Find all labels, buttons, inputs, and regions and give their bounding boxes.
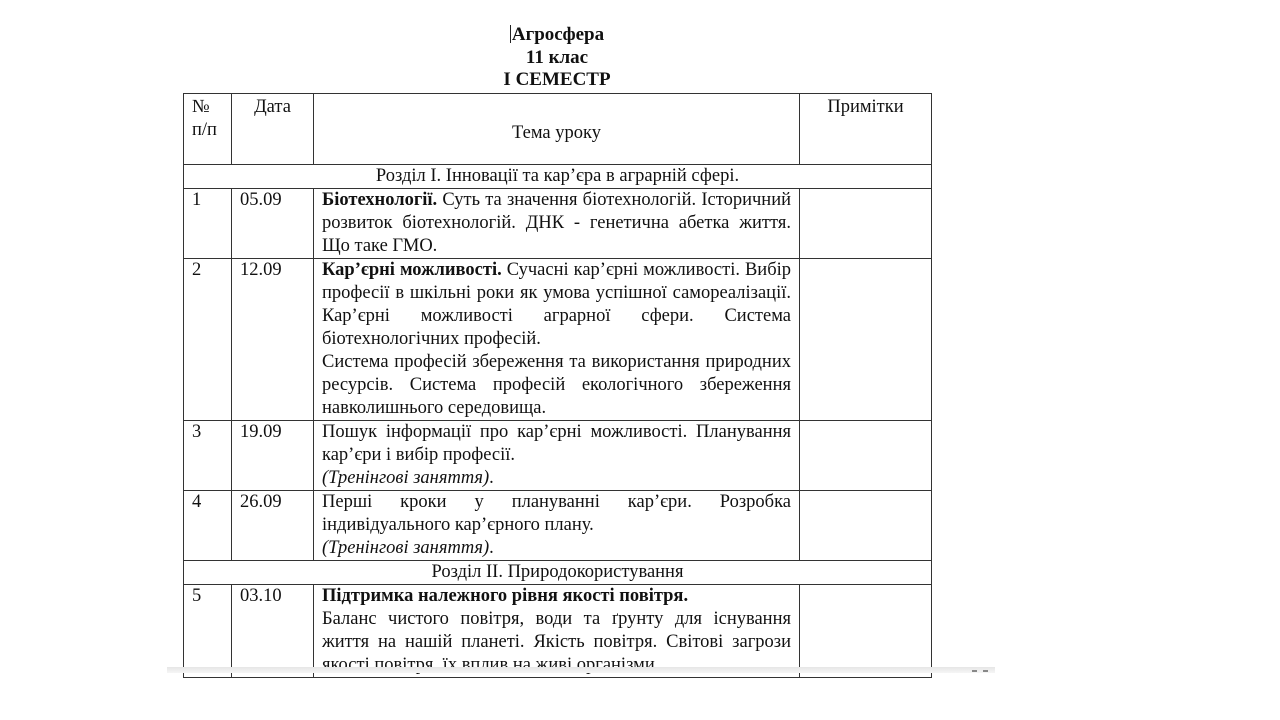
table-row: 319.09Пошук інформації про кар’єрні можл… xyxy=(184,421,932,491)
section-title: Розділ ІІ. Природокористування xyxy=(184,561,932,585)
section-row: Розділ І. Інновації та кар’єра в аграрні… xyxy=(184,165,932,189)
lesson-topic: Підтримка належного рівня якості повітря… xyxy=(314,585,800,678)
document-page: Агросфера 11 клас І СЕМЕСТР № п/п Дата Т… xyxy=(0,0,1280,720)
lesson-number: 5 xyxy=(184,585,232,678)
lesson-notes xyxy=(800,491,932,561)
table-row: 426.09Перші кроки у плануванні кар’єри. … xyxy=(184,491,932,561)
lesson-date: 03.10 xyxy=(232,585,314,678)
lesson-plan-table: № п/п Дата Тема уроку Примітки Розділ І.… xyxy=(183,93,932,678)
lesson-date: 26.09 xyxy=(232,491,314,561)
document-title: Агросфера xyxy=(183,24,931,47)
topic-main: Пошук інформації про кар’єрні можливості… xyxy=(322,421,791,467)
grade-label: 11 клас xyxy=(183,47,931,70)
page-marker xyxy=(972,670,977,672)
header-topic: Тема уроку xyxy=(314,94,800,165)
topic-heading: Кар’єрні можливості. xyxy=(322,260,502,280)
topic-note: (Тренінгові заняття). xyxy=(322,537,791,560)
topic-description: Пошук інформації про кар’єрні можливості… xyxy=(322,422,791,465)
lesson-number: 4 xyxy=(184,491,232,561)
lesson-number: 2 xyxy=(184,259,232,421)
section-row: Розділ ІІ. Природокористування xyxy=(184,561,932,585)
training-note: (Тренінгові заняття) xyxy=(322,538,489,558)
header-date: Дата xyxy=(232,94,314,165)
topic-main: Підтримка належного рівня якості повітря… xyxy=(322,585,791,608)
topic-description: Перші кроки у плануванні кар’єри. Розроб… xyxy=(322,492,791,535)
topic-main: Біотехнології. Суть та значення біотехно… xyxy=(322,189,791,258)
lesson-topic: Пошук інформації про кар’єрні можливості… xyxy=(314,421,800,491)
page-bottom-edge xyxy=(167,667,995,673)
lesson-date: 05.09 xyxy=(232,189,314,259)
table-row: 503.10Підтримка належного рівня якості п… xyxy=(184,585,932,678)
lesson-number: 3 xyxy=(184,421,232,491)
table-row: 212.09Кар’єрні можливості. Сучасні кар’є… xyxy=(184,259,932,421)
page-marker xyxy=(983,670,988,672)
section-title: Розділ І. Інновації та кар’єра в аграрні… xyxy=(184,165,932,189)
training-note: (Тренінгові заняття) xyxy=(322,468,489,488)
lesson-topic: Біотехнології. Суть та значення біотехно… xyxy=(314,189,800,259)
lesson-number: 1 xyxy=(184,189,232,259)
lesson-date: 19.09 xyxy=(232,421,314,491)
table-header-row: № п/п Дата Тема уроку Примітки xyxy=(184,94,932,165)
topic-main: Перші кроки у плануванні кар’єри. Розроб… xyxy=(322,491,791,537)
lesson-topic: Кар’єрні можливості. Сучасні кар’єрні мо… xyxy=(314,259,800,421)
header-number: № п/п xyxy=(184,94,232,165)
semester-label: І СЕМЕСТР xyxy=(183,69,931,92)
topic-note: (Тренінгові заняття). xyxy=(322,467,791,490)
topic-extra: Система професій збереження та використа… xyxy=(322,351,791,420)
topic-main: Кар’єрні можливості. Сучасні кар’єрні мо… xyxy=(322,259,791,351)
lesson-notes xyxy=(800,259,932,421)
text-cursor xyxy=(510,25,511,43)
table-row: 105.09Біотехнології. Суть та значення бі… xyxy=(184,189,932,259)
topic-heading: Біотехнології. xyxy=(322,190,437,210)
document-title-block: Агросфера 11 клас І СЕМЕСТР xyxy=(183,24,931,92)
lesson-notes xyxy=(800,421,932,491)
lesson-notes xyxy=(800,189,932,259)
lesson-topic: Перші кроки у плануванні кар’єри. Розроб… xyxy=(314,491,800,561)
lesson-notes xyxy=(800,585,932,678)
header-notes: Примітки xyxy=(800,94,932,165)
topic-heading: Підтримка належного рівня якості повітря… xyxy=(322,586,688,606)
lesson-date: 12.09 xyxy=(232,259,314,421)
